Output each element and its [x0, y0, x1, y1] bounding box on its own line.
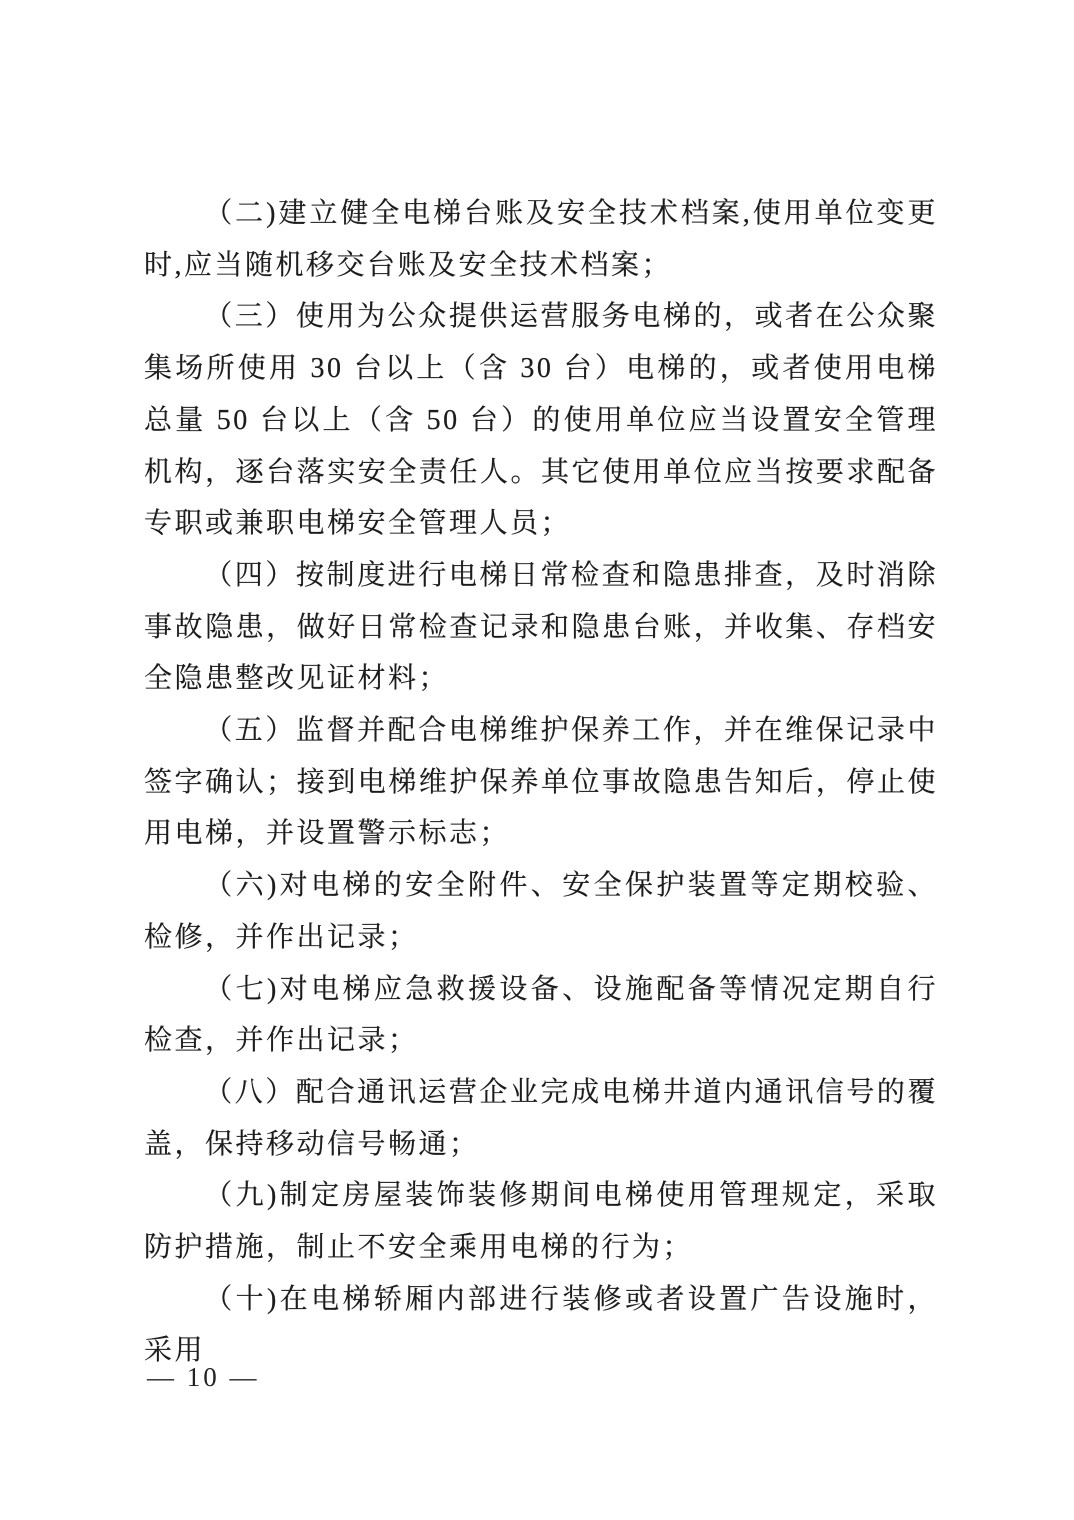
document-page: （二)建立健全电梯台账及安全技术档案,使用单位变更时,应当随机移交台账及安全技术… [0, 0, 1074, 1520]
paragraph-item-2: （二)建立健全电梯台账及安全技术档案,使用单位变更时,应当随机移交台账及安全技术… [144, 188, 938, 291]
paragraph-item-7: （七)对电梯应急救援设备、设施配备等情况定期自行检查，并作出记录； [144, 964, 938, 1067]
paragraph-item-10: （十)在电梯轿厢内部进行装修或者设置广告设施时，采用 [144, 1274, 938, 1377]
paragraph-item-4: （四）按制度进行电梯日常检查和隐患排查，及时消除事故隐患，做好日常检查记录和隐患… [144, 550, 938, 705]
document-body: （二)建立健全电梯台账及安全技术档案,使用单位变更时,应当随机移交台账及安全技术… [144, 188, 938, 1377]
paragraph-item-3: （三）使用为公众提供运营服务电梯的，或者在公众聚集场所使用 30 台以上（含 3… [144, 291, 938, 550]
paragraph-item-8: （八）配合通讯运营企业完成电梯井道内通讯信号的覆盖，保持移动信号畅通； [144, 1067, 938, 1170]
paragraph-item-9: （九)制定房屋装饰装修期间电梯使用管理规定，采取防护措施，制止不安全乘用电梯的行… [144, 1170, 938, 1273]
page-number: — 10 — [147, 1362, 260, 1393]
paragraph-item-6: （六)对电梯的安全附件、安全保护装置等定期校验、检修，并作出记录； [144, 860, 938, 963]
paragraph-item-5: （五）监督并配合电梯维护保养工作，并在维保记录中签字确认；接到电梯维护保养单位事… [144, 705, 938, 860]
